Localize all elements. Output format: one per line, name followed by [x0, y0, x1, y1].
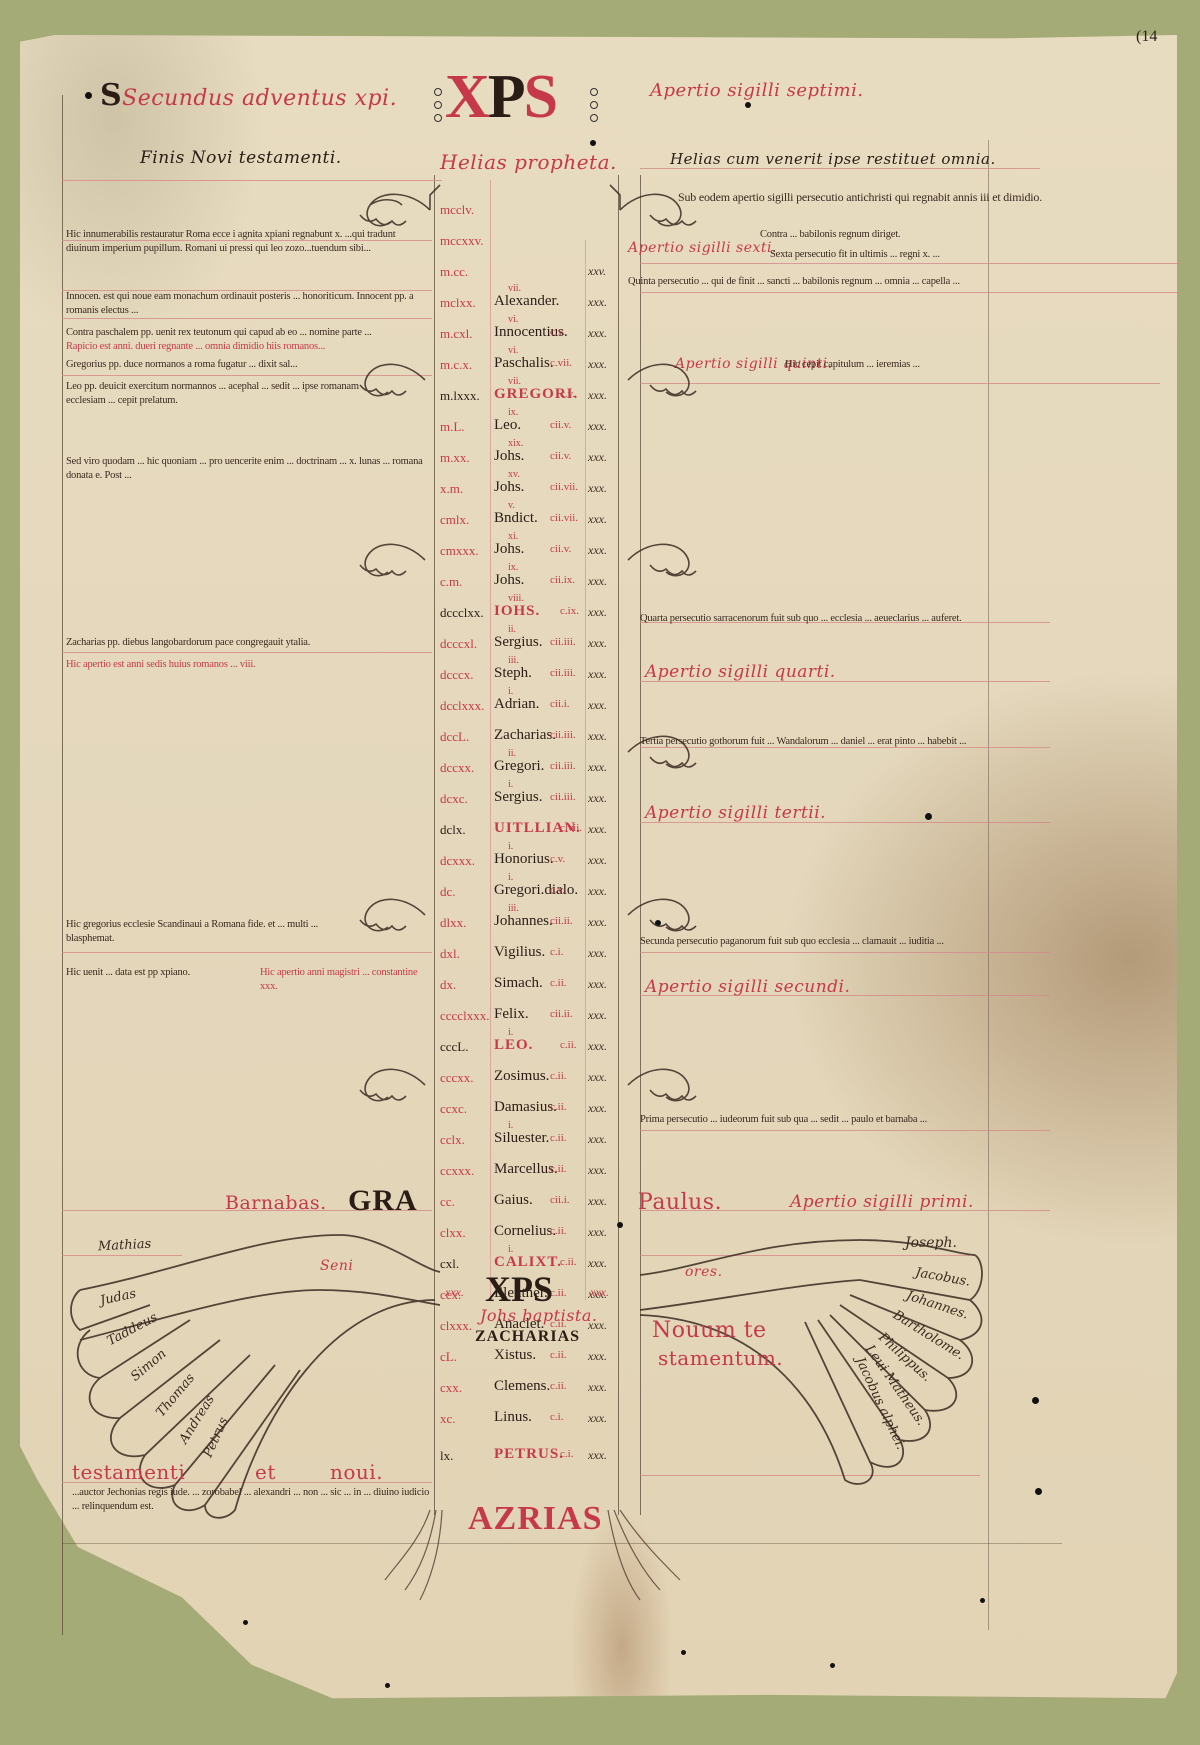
novum-testamentum-line1: Nouum te	[652, 1318, 767, 1343]
apostle-name-left: Mathias	[98, 1237, 152, 1255]
leaf-scroll-icon	[610, 185, 681, 226]
seniores-left-label: Seni	[320, 1258, 353, 1274]
azarias-text: AZRIAS	[468, 1500, 602, 1537]
right-xxx: xxx.	[590, 1285, 609, 1300]
et-word: et	[255, 1460, 276, 1484]
johannes-baptista-label: Johs baptista.	[480, 1306, 597, 1325]
bottom-gloss: ...auctor Jechonias regis iude. ... zoro…	[72, 1486, 432, 1514]
barnabas-label: Barnabas.	[225, 1192, 327, 1214]
novum-testamentum-line2: stamentum.	[658, 1346, 783, 1370]
seniores-right-label: ores.	[685, 1264, 723, 1280]
azarias-label: AZRIAS	[468, 1500, 602, 1538]
gra-monogram: GRA	[348, 1184, 418, 1218]
leaf-scroll-icon	[367, 185, 440, 226]
left-xxx: xxx.	[445, 1285, 464, 1300]
apostle-name-right: Joseph.	[905, 1235, 957, 1251]
testamenti-word: testamenti	[72, 1460, 185, 1484]
zacharias-label: ZACHARIAS	[475, 1328, 580, 1346]
noui-word: noui.	[330, 1460, 383, 1484]
bottom-xps-monogram: XPS	[485, 1268, 553, 1310]
